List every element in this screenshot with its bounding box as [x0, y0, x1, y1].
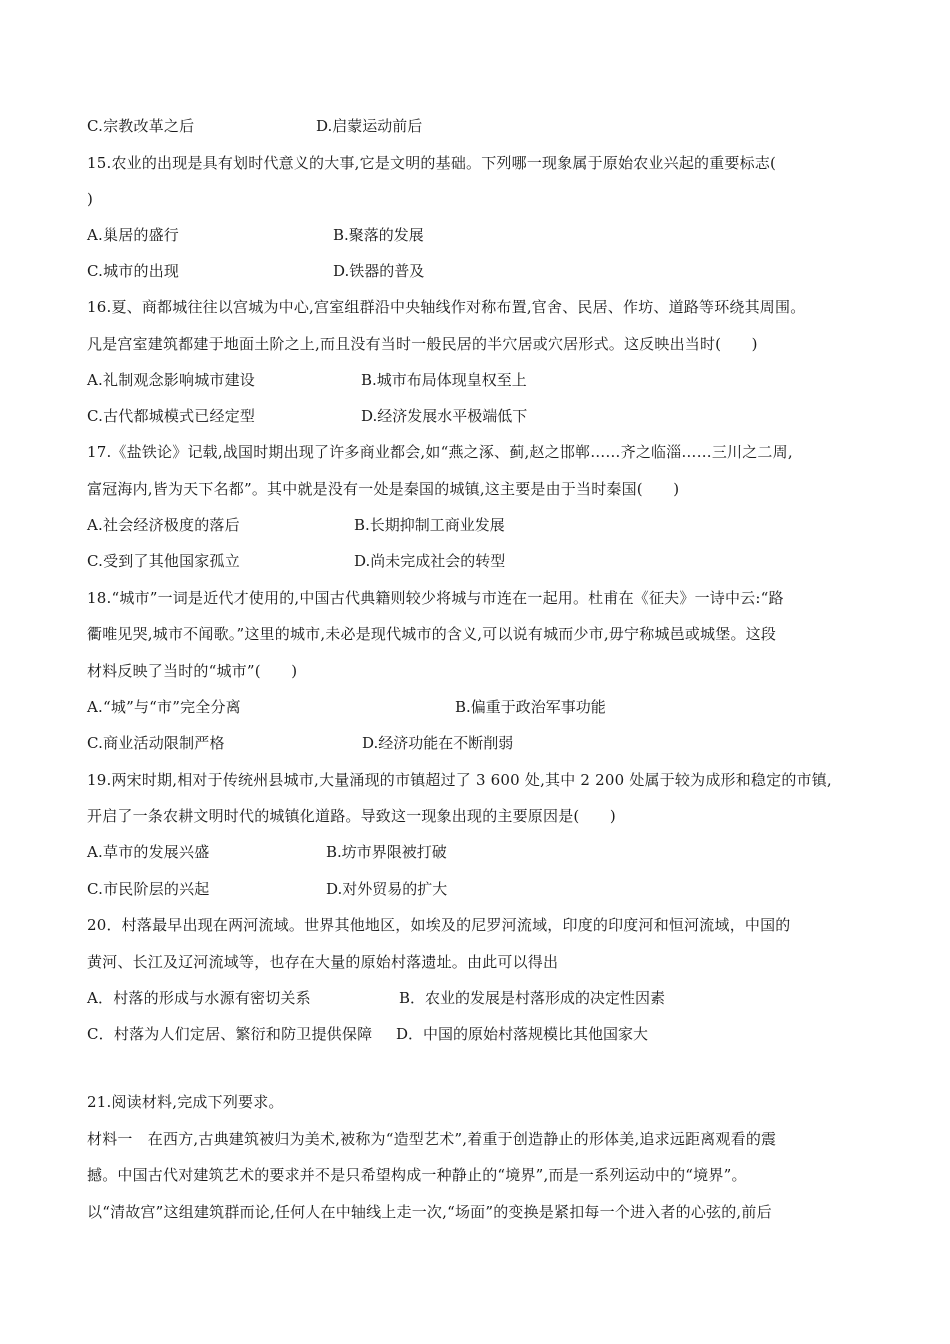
q14-option-d: D.启蒙运动前后: [316, 116, 422, 136]
q17-option-b: B.长期抑制工商业发展: [354, 515, 505, 535]
q18-stem-line-3: 材料反映了当时的“城市”( ): [87, 661, 297, 681]
q21-material1-line-2: 撼。中国古代对建筑艺术的要求并不是只希望构成一种静止的“境界”,而是一系列运动中…: [87, 1165, 747, 1185]
q15-stem-line-2: ): [87, 189, 93, 209]
q21-stem: 21.阅读材料,完成下列要求。: [87, 1092, 284, 1112]
q21-material1-line-1: 材料一 在西方,古典建筑被归为美术,被称为“造型艺术”,着重于创造静止的形体美,…: [87, 1129, 776, 1149]
q15-stem-line-1: 15.农业的出现是具有划时代意义的大事,它是文明的基础。下列哪一现象属于原始农业…: [87, 153, 776, 173]
document-page: C.宗教改革之后 D.启蒙运动前后 15.农业的出现是具有划时代意义的大事,它是…: [0, 0, 950, 1344]
q16-option-a: A.礼制观念影响城市建设: [87, 370, 255, 390]
q18-stem-line-1: 18.“城市”一词是近代才使用的,中国古代典籍则较少将城与市连在一起用。杜甫在《…: [87, 588, 784, 608]
q19-option-a: A.草市的发展兴盛: [87, 842, 209, 862]
q15-option-c: C.城市的出现: [87, 261, 179, 281]
q18-option-c: C.商业活动限制严格: [87, 733, 225, 753]
q17-stem-line-2: 富冠海内,皆为天下名都”。其中就是没有一处是秦国的城镇,这主要是由于当时秦国( …: [87, 479, 679, 499]
q19-option-c: C.市民阶层的兴起: [87, 879, 210, 899]
q17-stem-line-1: 17.《盐铁论》记载,战国时期出现了许多商业都会,如“燕之涿、蓟,赵之邯郸……齐…: [87, 442, 793, 462]
q14-option-c: C.宗教改革之后: [87, 116, 194, 136]
q20-option-c: C．村落为人们定居、繁衍和防卫提供保障: [87, 1024, 372, 1044]
q20-option-d: D．中国的原始村落规模比其他国家大: [396, 1024, 648, 1044]
q19-option-b: B.坊市界限被打破: [326, 842, 447, 862]
q20-stem-line-1: 20．村落最早出现在两河流域。世界其他地区，如埃及的尼罗河流域，印度的印度河和恒…: [87, 915, 791, 935]
q16-stem-line-2: 凡是宫室建筑都建于地面土阶之上,而且没有当时一般民居的半穴居或穴居形式。这反映出…: [87, 334, 758, 354]
q20-stem-line-2: 黄河、长江及辽河流域等，也存在大量的原始村落遗址。由此可以得出: [87, 952, 558, 972]
q16-option-c: C.古代都城模式已经定型: [87, 406, 255, 426]
q20-option-a: A．村落的形成与水源有密切关系: [87, 988, 311, 1008]
q18-option-a: A.“城”与“市”完全分离: [87, 697, 241, 717]
q19-stem-line-1: 19.两宋时期,相对于传统州县城市,大量涌现的市镇超过了 3 600 处,其中 …: [87, 770, 832, 790]
q15-option-d: D.铁器的普及: [333, 261, 424, 281]
q18-option-b: B.偏重于政治军事功能: [455, 697, 606, 717]
q16-option-d: D.经济发展水平极端低下: [361, 406, 527, 426]
q17-option-a: A.社会经济极度的落后: [87, 515, 240, 535]
q19-stem-line-2: 开启了一条农耕文明时代的城镇化道路。导致这一现象出现的主要原因是( ): [87, 806, 616, 826]
q18-option-d: D.经济功能在不断削弱: [362, 733, 513, 753]
q18-stem-line-2: 衢唯见哭,城市不闻歌。”这里的城市,未必是现代城市的含义,可以说有城而少市,毋宁…: [87, 624, 776, 644]
q17-option-d: D.尚未完成社会的转型: [354, 551, 505, 571]
q15-option-a: A.巢居的盛行: [87, 225, 179, 245]
q16-stem-line-1: 16.夏、商都城往往以宫城为中心,宫室组群沿中央轴线作对称布置,官舍、民居、作坊…: [87, 297, 805, 317]
q16-option-b: B.城市布局体现皇权至上: [361, 370, 527, 390]
q17-option-c: C.受到了其他国家孤立: [87, 551, 240, 571]
q15-option-b: B.聚落的发展: [333, 225, 424, 245]
q20-option-b: B．农业的发展是村落形成的决定性因素: [399, 988, 665, 1008]
q21-material1-line-3: 以“清故宫”这组建筑群而论,任何人在中轴线上走一次,“场面”的变换是紧扣每一个进…: [87, 1202, 772, 1222]
q19-option-d: D.对外贸易的扩大: [326, 879, 447, 899]
